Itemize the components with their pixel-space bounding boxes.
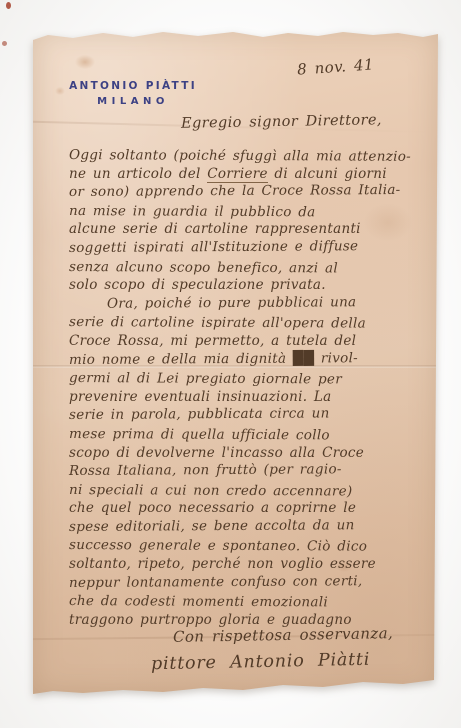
- salutation: Egregio signor Direttore,: [181, 112, 382, 132]
- paper-stain: [71, 52, 99, 72]
- handwritten-line: soggetti ispirati all'Istituzione e diff…: [69, 237, 441, 258]
- signature: pittore Antonio Piàtti: [151, 650, 371, 675]
- dust-speck: [6, 2, 11, 9]
- dust-speck: [2, 41, 7, 46]
- handwritten-line: Rossa Italiana, non fruttò (per ragio-: [69, 460, 441, 481]
- handwritten-date: 8 nov. 41: [296, 55, 374, 78]
- letterhead-name: ANTONIO PIÀTTI: [63, 80, 203, 92]
- handwritten-line: ni speciali a cui non credo accennare): [69, 481, 441, 502]
- handwritten-line: mio nome e della mia dignità ██ rivol-: [69, 348, 441, 369]
- handwritten-line: serie di cartoline ispirate all'opera de…: [69, 313, 441, 334]
- handwritten-line: germi al di Lei pregiato giornale per: [69, 369, 441, 390]
- handwritten-line: Oggi soltanto (poiché sfuggì alla mia at…: [69, 146, 441, 167]
- handwritten-line: or sono) apprendo che la Croce Rossa Ita…: [69, 181, 441, 202]
- handwritten-line: neppur lontanamente confuso con certi,: [69, 571, 441, 592]
- letterhead: ANTONIO PIÀTTI MILANO: [63, 80, 203, 107]
- handwritten-line: successo generale e spontaneo. Ciò dico: [69, 536, 441, 557]
- handwritten-line: spese editoriali, se bene accolta da un: [69, 516, 441, 537]
- closing-formula: Con rispettosa osservanza,: [173, 624, 393, 646]
- handwritten-line: solo scopo di speculazione privata.: [69, 276, 441, 295]
- letter-paper: ANTONIO PIÀTTI MILANO 8 nov. 41 Egregio …: [33, 30, 438, 694]
- handwritten-line: serie in parola, pubblicata circa un: [69, 404, 441, 425]
- handwritten-line: soltanto, ripeto, perché non voglio esse…: [69, 555, 441, 574]
- handwritten-line: na mise in guardia il pubblico da: [69, 202, 441, 223]
- letterhead-city: MILANO: [63, 96, 203, 107]
- scan-background: ANTONIO PIÀTTI MILANO 8 nov. 41 Egregio …: [0, 0, 461, 728]
- handwritten-line: Ora, poiché io pure pubblicai una: [69, 292, 441, 313]
- handwritten-line: che da codesti momenti emozionali: [69, 592, 441, 613]
- underlined-word: Corriere: [207, 166, 268, 183]
- letter-paper-surface: ANTONIO PIÀTTI MILANO 8 nov. 41 Egregio …: [33, 30, 438, 694]
- handwritten-line: Croce Rossa, mi permetto, a tutela del: [69, 332, 441, 351]
- handwritten-line: mese prima di quella ufficiale collo: [69, 425, 441, 446]
- handwritten-line: senza alcuno scopo benefico, anzi al: [69, 258, 441, 279]
- letter-body: Oggi soltanto (poiché sfuggì alla mia at…: [69, 146, 441, 629]
